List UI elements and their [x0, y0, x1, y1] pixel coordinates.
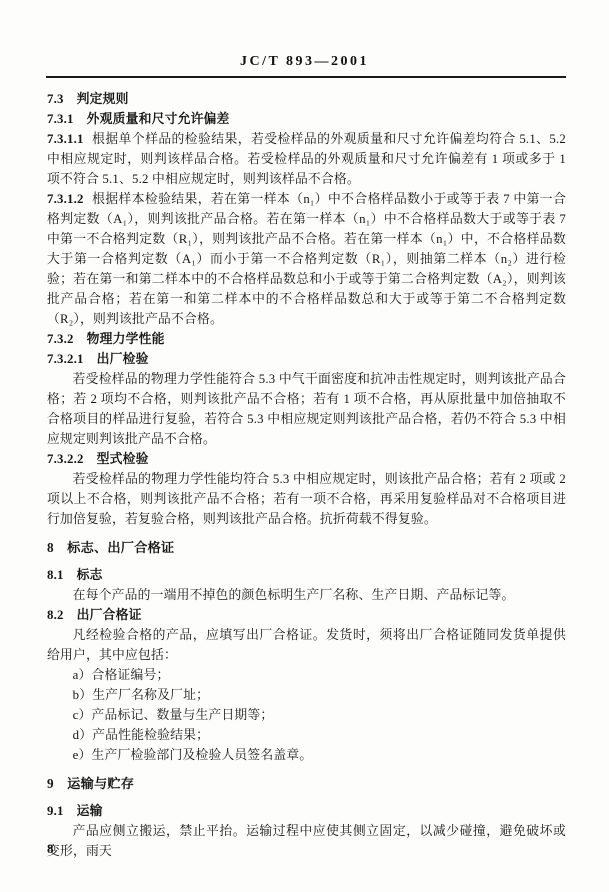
para-factory-inspection: 若受检样品的物理力学性能符合 5.3 中气干面密度和抗冲击性规定时，则判该批产品… — [47, 369, 566, 449]
document-page: JC/T 893—2001 7.3 判定规则 7.3.1 外观质量和尺寸允许偏差… — [0, 0, 609, 892]
clause-number: 7.3.1.1 — [47, 132, 84, 146]
list-item-a: a）合格证编号； — [47, 665, 566, 685]
heading-7-3-2-2: 7.3.2.2 型式检验 — [47, 449, 566, 469]
heading-9-1: 9.1 运输 — [47, 801, 566, 821]
para-certificate: 凡经检验合格的产品，应填写出厂合格证。发货时，须将出厂合格证随同发货单提供给用户… — [47, 625, 566, 665]
document-content: 7.3 判定规则 7.3.1 外观质量和尺寸允许偏差 7.3.1.1根据单个样品… — [0, 78, 609, 861]
heading-7-3: 7.3 判定规则 — [47, 89, 566, 109]
heading-7-3-1: 7.3.1 外观质量和尺寸允许偏差 — [47, 109, 566, 129]
para-transport: 产品应侧立搬运，禁止平抬。运输过程中应使其侧立固定，以减少碰撞，避免破坏或变形，… — [47, 821, 566, 861]
clause-text: 根据单个样品的检验结果，若受检样品的外观质量和尺寸允许偏差均符合 5.1、5.2… — [47, 132, 566, 186]
list-item-c: c）产品标记、数量与生产日期等； — [47, 705, 566, 725]
list-item-b: b）生产厂名称及厂址； — [47, 685, 566, 705]
clause-7-3-1-2: 7.3.1.2根据样本检验结果，若在第一样本（n₁）中不合格样品数小于或等于表 … — [47, 189, 566, 329]
heading-9: 9 运输与贮存 — [47, 774, 566, 794]
heading-8-1: 8.1 标志 — [47, 565, 566, 585]
clause-number: 7.3.1.2 — [47, 192, 84, 206]
list-item-e: e）生产厂检验部门及检验人员签名盖章。 — [47, 745, 566, 765]
heading-7-3-2-1: 7.3.2.1 出厂检验 — [47, 349, 566, 369]
heading-8: 8 标志、出厂合格证 — [47, 538, 566, 558]
heading-7-3-2: 7.3.2 物理力学性能 — [47, 329, 566, 349]
heading-8-2: 8.2 出厂合格证 — [47, 605, 566, 625]
page-header: JC/T 893—2001 — [0, 0, 609, 78]
standard-code: JC/T 893—2001 — [0, 54, 609, 70]
para-type-inspection: 若受检样品的物理力学性能均符合 5.3 中相应规定时，则该批产品合格；若有 2 … — [47, 469, 566, 529]
para-marking: 在每个产品的一端用不掉色的颜色标明生产厂名称、生产日期、产品标记等。 — [47, 585, 566, 605]
list-item-d: d）产品性能检验结果； — [47, 725, 566, 745]
page-number: 8 — [47, 841, 54, 857]
clause-text: 根据样本检验结果，若在第一样本（n₁）中不合格样品数小于或等于表 7 中第一合格… — [47, 192, 566, 326]
clause-7-3-1-1: 7.3.1.1根据单个样品的检验结果，若受检样品的外观质量和尺寸允许偏差均符合 … — [47, 129, 566, 189]
